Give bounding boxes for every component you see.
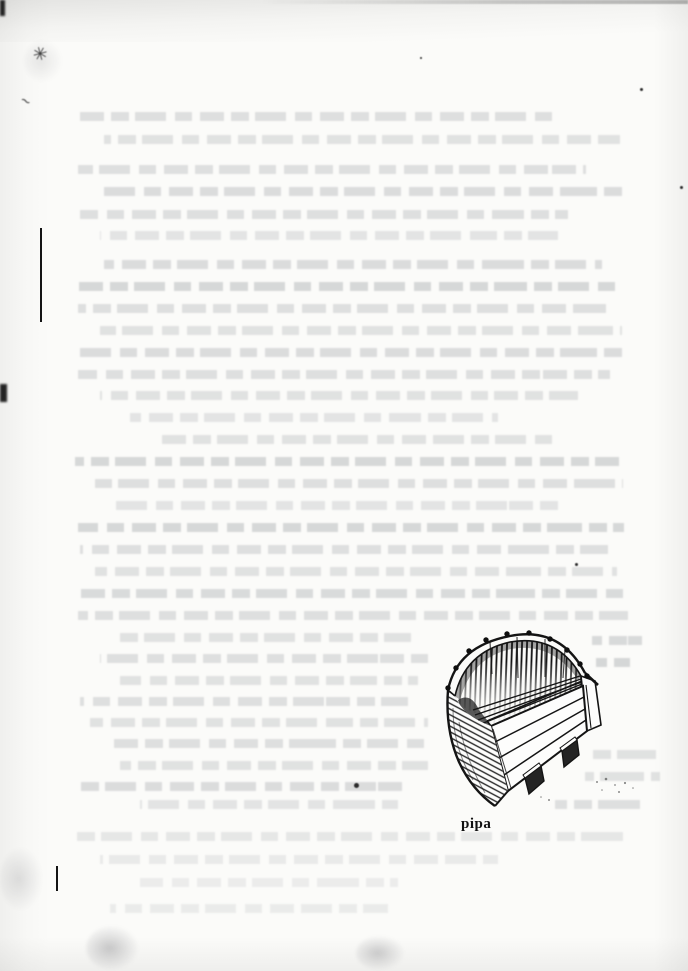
scanned-page: ✳~	[0, 0, 688, 971]
faded-text-line	[78, 611, 628, 620]
faded-text-line	[130, 413, 498, 422]
faded-text-line	[140, 878, 398, 887]
scan-edge-line	[261, 0, 688, 4]
faded-text-line	[110, 904, 388, 913]
scan-shadow-left	[0, 0, 50, 971]
faded-text-line	[80, 210, 568, 219]
faded-text-line	[95, 567, 617, 576]
faded-text-line	[78, 282, 622, 291]
faded-text-line	[104, 260, 602, 269]
smudge-mark	[356, 936, 404, 970]
half-barrel-drawing	[445, 630, 645, 812]
ink-speck	[680, 186, 683, 189]
faded-text-line	[80, 782, 408, 791]
ink-speck	[354, 783, 359, 788]
pen-line-mark	[56, 866, 58, 891]
pen-line-mark	[40, 228, 42, 322]
faded-text-line	[100, 391, 578, 400]
faded-text-line	[100, 326, 622, 335]
faded-text-line	[78, 304, 606, 313]
scan-shadow-right	[654, 0, 688, 971]
smudge-mark	[24, 40, 62, 82]
faded-text-line	[160, 435, 558, 444]
faded-text-line	[120, 761, 428, 770]
illustration-caption: pipa	[461, 816, 645, 833]
faded-text-line	[120, 676, 418, 685]
faded-text-line	[100, 654, 428, 663]
scan-shadow-top	[0, 0, 688, 42]
faded-text-line	[75, 832, 628, 841]
smudge-mark	[86, 926, 138, 970]
faded-text-line	[75, 457, 619, 466]
faded-text-line	[80, 697, 408, 706]
faded-text-line	[100, 231, 558, 240]
faded-text-line	[78, 589, 628, 598]
faded-text-line	[120, 633, 418, 642]
faded-text-line	[110, 501, 558, 510]
ground-speckles	[540, 778, 634, 801]
edge-blot-mark	[0, 384, 7, 402]
faded-text-line	[110, 739, 428, 748]
edge-blot-mark	[0, 0, 5, 16]
faded-text-line	[100, 187, 624, 196]
faded-text-line	[78, 165, 586, 174]
ink-speck	[575, 563, 578, 566]
faded-text-line	[80, 545, 608, 554]
faded-text-line	[100, 855, 498, 864]
faded-text-line	[104, 135, 620, 144]
faded-text-line	[80, 112, 560, 121]
faded-text-line	[78, 523, 624, 532]
ink-speck	[640, 88, 643, 91]
smudge-mark	[0, 848, 42, 910]
faded-text-line	[90, 718, 428, 727]
pipa-illustration: pipa	[445, 630, 645, 833]
faded-text-line	[95, 479, 623, 488]
pencil-squiggle-mark: ~	[17, 93, 33, 110]
faded-text-line	[78, 370, 610, 379]
faded-text-line	[75, 348, 623, 357]
ink-speck	[420, 57, 422, 59]
faded-text-line	[140, 800, 398, 809]
